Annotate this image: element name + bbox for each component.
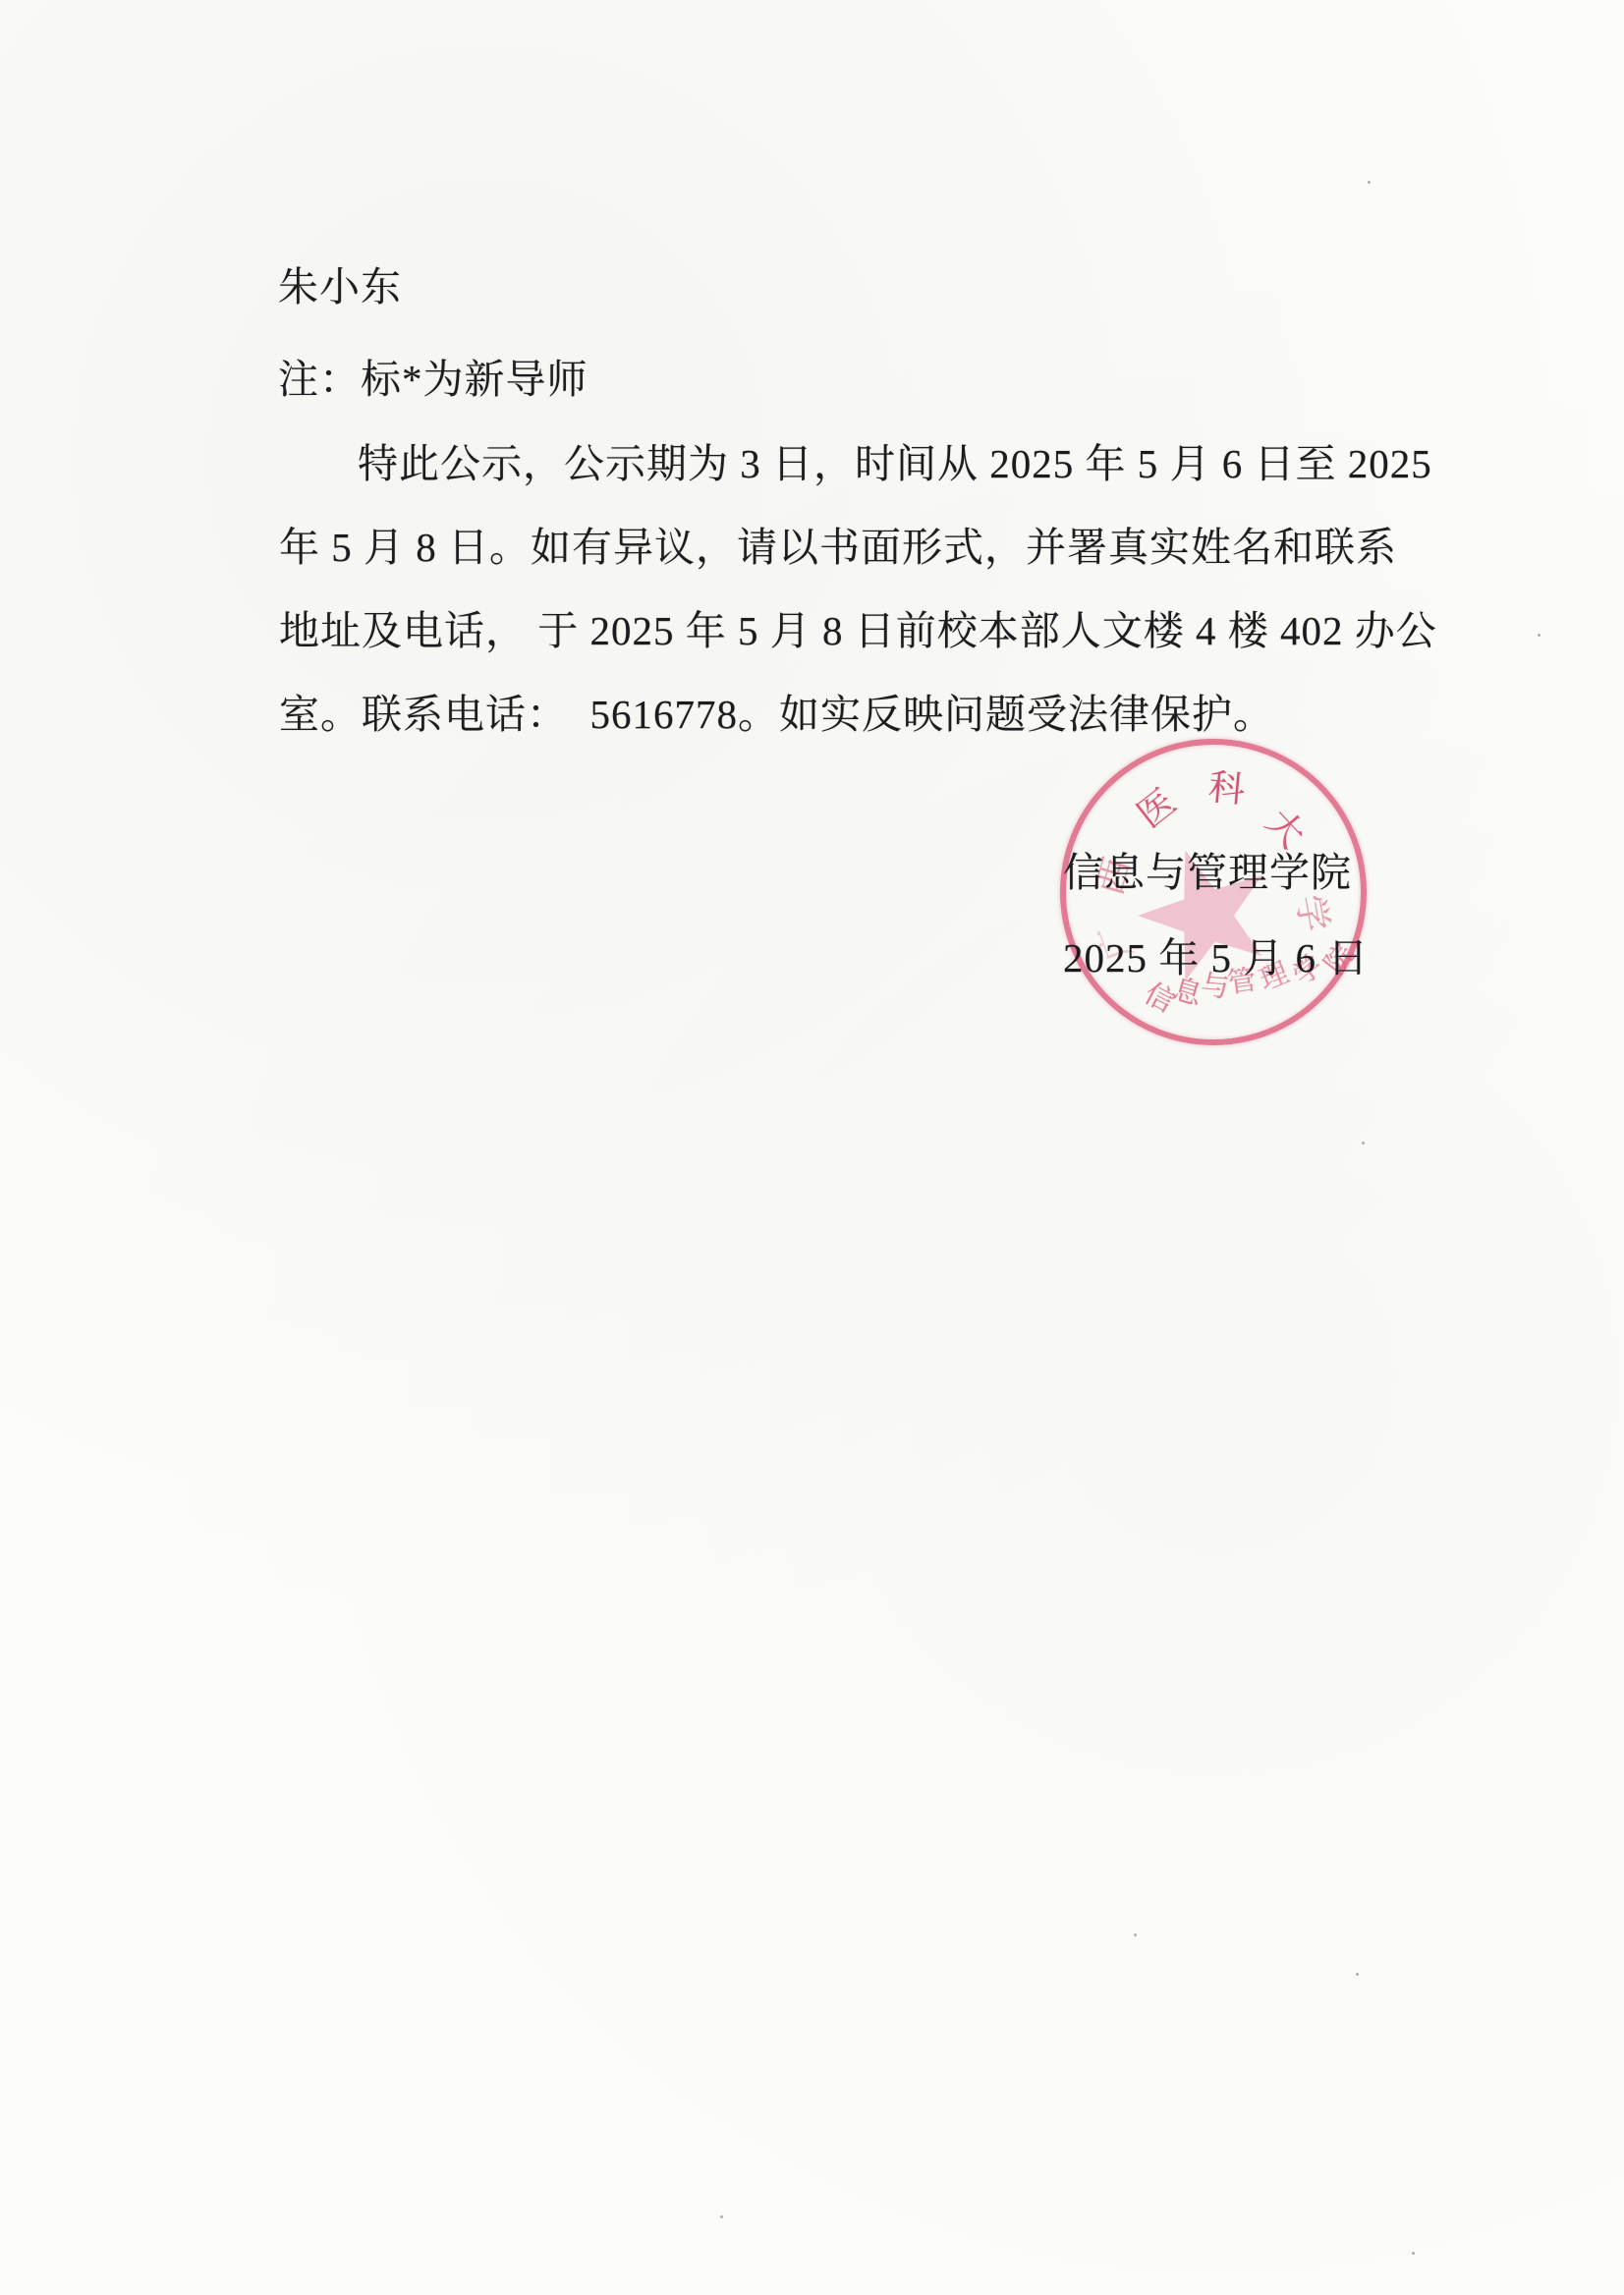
scan-speck xyxy=(1368,181,1371,184)
scan-speck xyxy=(1356,1973,1359,1976)
seal-arc-char: 科 xyxy=(1206,756,1248,812)
signature-org: 信息与管理学院 xyxy=(1063,853,1352,893)
paragraph-line: 特此公示，公示期为 3 日，时间从 2025 年 5 月 6 日至 2025 xyxy=(279,422,1448,506)
scan-speck xyxy=(720,2215,723,2218)
scan-speck xyxy=(1134,1933,1137,1936)
note-line: 注：标*为新导师 xyxy=(278,360,588,400)
paragraph-line: 地址及电话， 于 2025 年 5 月 8 日前校本部人文楼 4 楼 402 办… xyxy=(279,589,1448,673)
scan-speck xyxy=(1538,634,1540,637)
paragraph-line: 年 5 月 8 日。如有异议，请以书面形式，并署真实姓名和联系 xyxy=(279,506,1448,589)
paragraph-line: 室。联系电话： 5616778。如实反映问题受法律保护。 xyxy=(279,673,1448,756)
announcement-paragraph: 特此公示，公示期为 3 日，时间从 2025 年 5 月 6 日至 2025 年… xyxy=(279,422,1448,756)
scan-speck xyxy=(1362,1142,1365,1145)
document-page: 朱小东 注：标*为新导师 特此公示，公示期为 3 日，时间从 2025 年 5 … xyxy=(0,0,1624,2295)
scan-speck xyxy=(1412,2252,1415,2255)
signature-date: 2025 年 5 月 6 日 xyxy=(1063,938,1369,979)
signatory-name: 朱小东 xyxy=(278,267,402,308)
